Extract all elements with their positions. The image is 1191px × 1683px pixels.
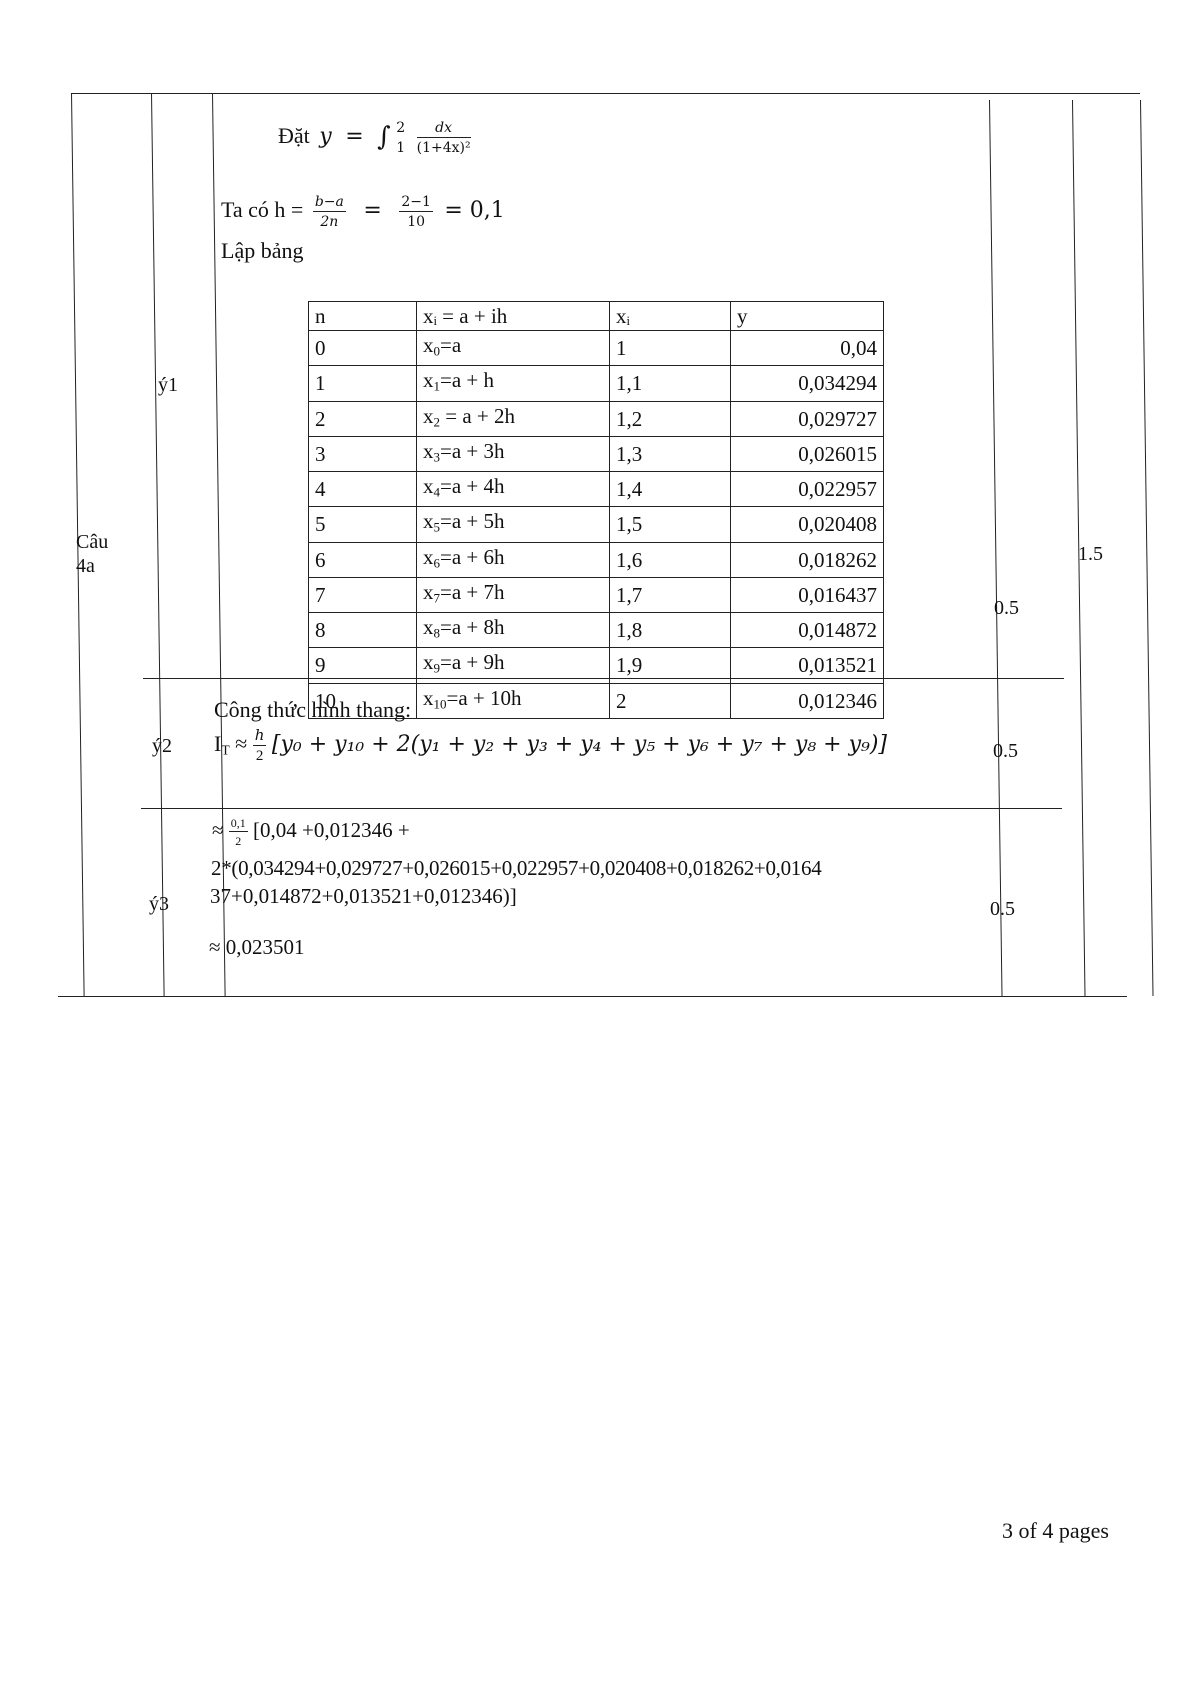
cell-n: 6 (309, 542, 417, 577)
cell-xi: 1,5 (610, 507, 731, 542)
cell-xi: 1 (610, 331, 731, 366)
cell-y: 0,022957 (731, 472, 884, 507)
table-top-border (71, 93, 1140, 94)
col-border-score (989, 100, 1003, 996)
table-row: 9x9=a + 9h1,90,013521 (309, 648, 884, 683)
formula-base: x (423, 615, 434, 639)
cell-xi: 1,9 (610, 648, 731, 683)
formula-body: [y₀ + y₁₀ + 2(y₁ + y₂ + y₃ + y₄ + y₅ + y… (272, 732, 887, 757)
cell-y: 0,04 (731, 331, 884, 366)
col-border-question (151, 93, 165, 996)
cell-n: 7 (309, 577, 417, 612)
h-frac-num: b−a (313, 195, 346, 212)
formula-sub: 10 (434, 696, 447, 711)
cell-n: 9 (309, 648, 417, 683)
page-footer: 3 of 4 pages (1002, 1518, 1109, 1544)
cell-xi: 1,3 (610, 436, 731, 471)
trapezoid-heading: Công thức hình thang: (214, 697, 411, 723)
calc-result: ≈ 0,023501 (209, 935, 305, 960)
col-border-right (1140, 100, 1154, 996)
cell-y: 0,013521 (731, 648, 884, 683)
formula-rest: =a + 6h (440, 545, 505, 569)
table-header-cell: xᵢ = a + ih (417, 302, 610, 331)
formula-base: x (423, 439, 434, 463)
cell-n: 4 (309, 472, 417, 507)
integral-bounds: 2 1 (396, 121, 405, 155)
cell-y: 0,016437 (731, 577, 884, 612)
table-header-cell: y (731, 302, 884, 331)
question-label-line1: Câu (76, 530, 108, 554)
cell-y: 0,026015 (731, 436, 884, 471)
formula-base: x (423, 580, 434, 604)
cell-formula: x3=a + 3h (417, 436, 610, 471)
formula-rest: =a + 5h (440, 509, 505, 533)
cell-y: 0,029727 (731, 401, 884, 436)
table-row: 8x8=a + 8h1,80,014872 (309, 613, 884, 648)
cell-n: 1 (309, 366, 417, 401)
formula-base: x (423, 650, 434, 674)
table-header-cell: n (309, 302, 417, 331)
cell-formula: x4=a + 4h (417, 472, 610, 507)
formula-rest: =a + 8h (440, 615, 505, 639)
calc-frac-den: 2 (229, 832, 248, 847)
cell-formula: x8=a + 8h (417, 613, 610, 648)
part1-label: ý1 (158, 374, 178, 397)
cell-formula: x7=a + 7h (417, 577, 610, 612)
cell-xi: 1,4 (610, 472, 731, 507)
table-bottom-border (58, 996, 1127, 997)
formula-rest: =a + 7h (440, 580, 505, 604)
calc-line-1: ≈ 0,1 2 [0,04 +0,012346 + (212, 817, 410, 847)
cell-y: 0,014872 (731, 613, 884, 648)
formula-rest: =a + 10h (447, 686, 522, 710)
formula-base: x (423, 404, 434, 428)
calc-line-2: 2*(0,034294+0,029727+0,026015+0,022957+0… (211, 856, 821, 881)
cell-xi: 1,1 (610, 366, 731, 401)
part2-score: 0.5 (993, 740, 1018, 763)
table-header-cell: xᵢ (610, 302, 731, 331)
cell-y: 0,034294 (731, 366, 884, 401)
cell-xi: 1,8 (610, 613, 731, 648)
formula-base: x (423, 368, 434, 392)
table-caption: Lập bảng (221, 238, 303, 264)
h-fraction-1: b−a 2n (313, 195, 346, 229)
cell-n: 5 (309, 507, 417, 542)
table-row: 0x0=a10,04 (309, 331, 884, 366)
table-row: 3x3=a + 3h1,30,026015 (309, 436, 884, 471)
part2-label: ý2 (152, 735, 172, 758)
cell-y: 0,012346 (731, 683, 884, 718)
step-h: Ta có h = b−a 2n = 2−1 10 = 0,1 (221, 195, 505, 229)
h-frac2-num: 2−1 (399, 195, 433, 212)
part3-score: 0.5 (990, 898, 1015, 921)
formula-rest: =a + 9h (440, 650, 505, 674)
cell-n: 3 (309, 436, 417, 471)
table-row: 5x5=a + 5h1,50,020408 (309, 507, 884, 542)
formula-lhs: IT (214, 731, 230, 756)
integrand-num: dx (417, 121, 471, 138)
integral-upper: 2 (396, 121, 405, 135)
calc-line-3: 37+0,014872+0,013521+0,012346)] (210, 884, 517, 909)
table-row: 1x1=a + h1,10,034294 (309, 366, 884, 401)
formula-frac-den: 2 (253, 746, 267, 764)
table-row: 6x6=a + 6h1,60,018262 (309, 542, 884, 577)
cell-formula: x9=a + 9h (417, 648, 610, 683)
formula-approx: ≈ (235, 731, 247, 756)
h-frac-den: 2n (313, 212, 346, 229)
part3-label: ý3 (149, 893, 169, 916)
formula-rest: = a + 2h (440, 404, 515, 428)
cell-y: 0,018262 (731, 542, 884, 577)
cell-xi: 1,7 (610, 577, 731, 612)
formula-rest: =a + 4h (440, 474, 505, 498)
cell-xi: 1,2 (610, 401, 731, 436)
integral-definition: Đặt y = ∫ 2 1 dx (1+4x)² (278, 120, 471, 155)
table-header-row: nxᵢ = a + ihxᵢy (309, 302, 884, 331)
formula-base: x (423, 333, 434, 357)
h-fraction-2: 2−1 10 (399, 195, 433, 229)
formula-base: x (423, 686, 434, 710)
h-frac2-den: 10 (399, 212, 433, 229)
cell-formula: x6=a + 6h (417, 542, 610, 577)
cell-formula: x5=a + 5h (417, 507, 610, 542)
formula-base: x (423, 474, 434, 498)
formula-base: x (423, 545, 434, 569)
cell-y: 0,020408 (731, 507, 884, 542)
question-label: Câu 4a (76, 530, 108, 578)
integral-sign-icon: ∫ (377, 122, 391, 152)
table-row: 4x4=a + 4h1,40,022957 (309, 472, 884, 507)
integrand-fraction: dx (1+4x)² (417, 121, 471, 155)
calc-fraction: 0,1 2 (229, 817, 248, 847)
table-row: 7x7=a + 7h1,70,016437 (309, 577, 884, 612)
table-row: 2x2 = a + 2h1,20,029727 (309, 401, 884, 436)
cell-xi: 2 (610, 683, 731, 718)
part1-score: 0.5 (994, 597, 1019, 620)
cell-formula: x0=a (417, 331, 610, 366)
integrand-den: (1+4x)² (417, 138, 471, 155)
formula-rest: =a + 3h (440, 439, 505, 463)
cell-n: 0 (309, 331, 417, 366)
formula-base: x (423, 509, 434, 533)
cell-xi: 1,6 (610, 542, 731, 577)
step-prefix: Ta có h = (221, 197, 303, 222)
total-score: 1.5 (1078, 543, 1103, 566)
question-label-line2: 4a (76, 554, 108, 578)
equals-sign-2: = (363, 198, 381, 223)
h-result: = 0,1 (444, 198, 504, 223)
calc-line1-rest: [0,04 +0,012346 + (253, 818, 410, 842)
formula-rest: =a + h (440, 368, 494, 392)
values-table: nxᵢ = a + ihxᵢy0x0=a10,041x1=a + h1,10,0… (308, 301, 884, 719)
row-divider-2 (141, 808, 1062, 809)
formula-frac-num: h (253, 728, 267, 746)
cell-formula: x1=a + h (417, 366, 610, 401)
cell-formula: x10=a + 10h (417, 683, 610, 718)
cell-n: 8 (309, 613, 417, 648)
formula-fraction: h 2 (253, 728, 267, 764)
define-prefix: Đặt (278, 123, 310, 148)
integral-lower: 1 (396, 141, 405, 155)
define-var: y (319, 124, 331, 149)
trapezoid-formula: IT ≈ h 2 [y₀ + y₁₀ + 2(y₁ + y₂ + y₃ + y₄… (214, 728, 887, 764)
equals-sign: = (345, 124, 363, 149)
calc-approx: ≈ (212, 818, 224, 842)
formula-lhs-sub: T (221, 742, 229, 757)
cell-formula: x2 = a + 2h (417, 401, 610, 436)
calc-frac-num: 0,1 (229, 817, 248, 832)
cell-n: 2 (309, 401, 417, 436)
formula-rest: =a (440, 333, 461, 357)
